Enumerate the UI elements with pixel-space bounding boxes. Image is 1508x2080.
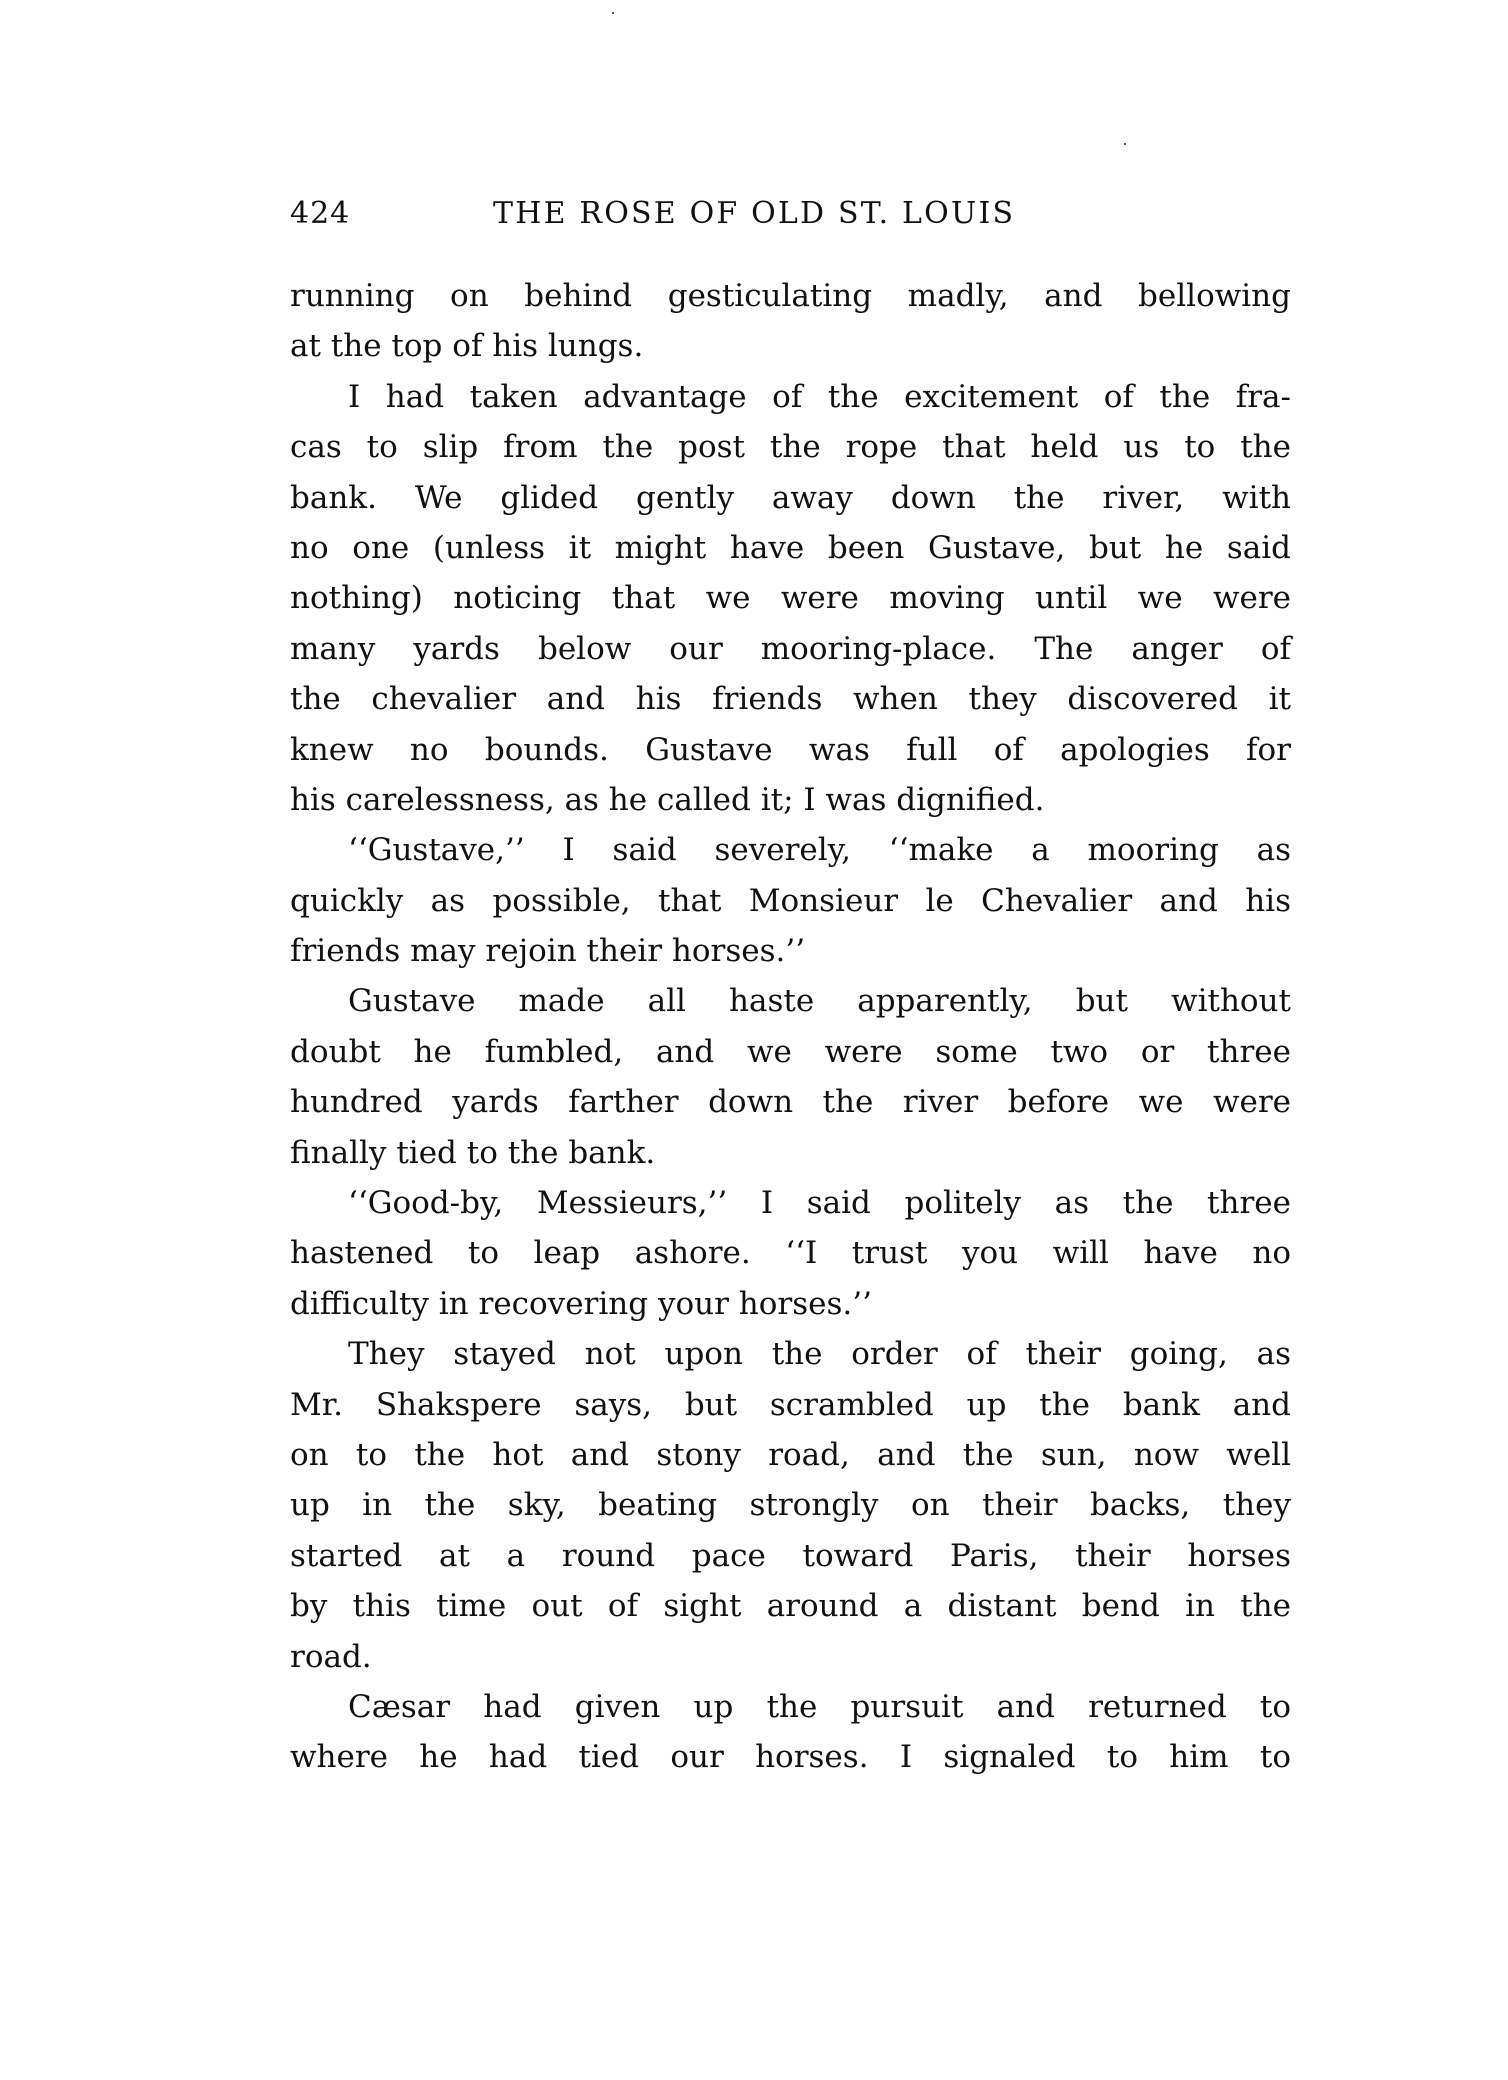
text-line: Mr. Shakspere says, but scrambled up the… xyxy=(290,1380,1291,1430)
book-page: 424 THE ROSE OF OLD ST. LOUIS running on… xyxy=(0,0,1508,2080)
page-number: 424 xyxy=(290,192,350,236)
text-line: cas to slip from the post the rope that … xyxy=(290,422,1291,472)
text-line: Cæsar had given up the pursuit and retur… xyxy=(290,1682,1291,1732)
text-line: doubt he fumbled, and we were some two o… xyxy=(290,1027,1291,1077)
text-line: nothing) noticing that we were moving un… xyxy=(290,573,1291,623)
text-line: no one (unless it might have been Gustav… xyxy=(290,523,1291,573)
scan-speck xyxy=(612,12,614,14)
text-line: quickly as possible, that Monsieur le Ch… xyxy=(290,876,1291,926)
running-title: THE ROSE OF OLD ST. LOUIS xyxy=(493,192,1015,236)
text-line: road. xyxy=(290,1632,1291,1682)
text-line: finally tied to the bank. xyxy=(290,1128,1291,1178)
running-head: 424 THE ROSE OF OLD ST. LOUIS xyxy=(290,192,1291,236)
text-line: Gustave made all haste apparently, but w… xyxy=(290,976,1291,1026)
text-line: friends may rejoin their horses.’’ xyxy=(290,926,1291,976)
scan-speck xyxy=(1124,143,1126,145)
text-line: started at a round pace toward Paris, th… xyxy=(290,1531,1291,1581)
text-line: ‘‘Good-by, Messieurs,’’ I said politely … xyxy=(290,1178,1291,1228)
text-line: bank. We glided gently away down the riv… xyxy=(290,473,1291,523)
text-line: knew no bounds. Gustave was full of apol… xyxy=(290,725,1291,775)
text-line: ‘‘Gustave,’’ I said severely, ‘‘make a m… xyxy=(290,825,1291,875)
text-line: at the top of his lungs. xyxy=(290,321,1291,371)
body-text: running on behind gesticulating madly, a… xyxy=(290,271,1291,1783)
text-line: up in the sky, beating strongly on their… xyxy=(290,1480,1291,1530)
text-line: on to the hot and stony road, and the su… xyxy=(290,1430,1291,1480)
text-line: his carelessness, as he called it; I was… xyxy=(290,775,1291,825)
text-line: by this time out of sight around a dista… xyxy=(290,1581,1291,1631)
text-line: where he had tied our horses. I signaled… xyxy=(290,1732,1291,1782)
text-line: many yards below our mooring-place. The … xyxy=(290,624,1291,674)
text-line: running on behind gesticulating madly, a… xyxy=(290,271,1291,321)
text-line: hastened to leap ashore. ‘‘I trust you w… xyxy=(290,1228,1291,1278)
text-line: hundred yards farther down the river bef… xyxy=(290,1077,1291,1127)
text-line: They stayed not upon the order of their … xyxy=(290,1329,1291,1379)
text-line: difficulty in recovering your horses.’’ xyxy=(290,1279,1291,1329)
text-line: the chevalier and his friends when they … xyxy=(290,674,1291,724)
text-line: I had taken advantage of the excitement … xyxy=(290,372,1291,422)
